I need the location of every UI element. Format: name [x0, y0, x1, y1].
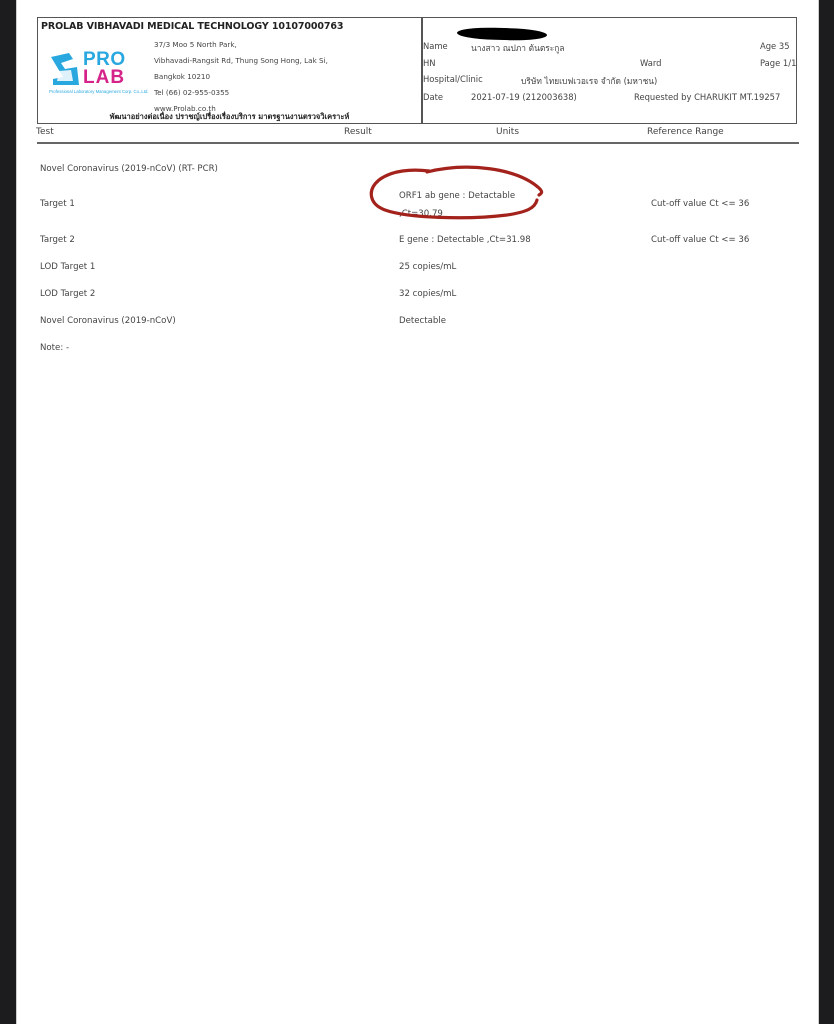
page-number: Page 1/1	[760, 58, 796, 68]
header-rule	[37, 142, 799, 144]
row-reference-target-2: Cut-off value Ct <= 36	[651, 235, 749, 245]
column-reference: Reference Range	[647, 127, 724, 137]
date-label: Date	[423, 92, 443, 102]
prolab-logo: PRO LAB Professional Laboratory Manageme…	[49, 49, 141, 99]
age-value: Age 35	[760, 41, 790, 51]
row-result-lod-1: 25 copies/mL	[399, 262, 456, 272]
ward-label: Ward	[640, 58, 662, 68]
column-result: Result	[344, 127, 372, 137]
lab-address: 37/3 Moo 5 North Park, Vibhavadi-Rangsit…	[154, 37, 328, 117]
row-test-lod-2: LOD Target 2	[40, 289, 95, 299]
section-title: Novel Coronavirus (2019-nCoV) (RT- PCR)	[40, 164, 218, 174]
address-line: Vibhavadi-Rangsit Rd, Thung Song Hong, L…	[154, 53, 328, 69]
row-test-target-2: Target 2	[40, 235, 75, 245]
address-line: Bangkok 10210	[154, 69, 328, 85]
header-divider	[421, 18, 423, 123]
lab-title: PROLAB VIBHAVADI MEDICAL TECHNOLOGY 1010…	[41, 21, 343, 32]
column-test: Test	[36, 127, 54, 137]
report-header: PROLAB VIBHAVADI MEDICAL TECHNOLOGY 1010…	[37, 17, 797, 124]
logo-subtitle: Professional Laboratory Management Corp.…	[49, 89, 149, 94]
hospital-value: บริษัท ไทยเบฟเวอเรจ จำกัด (มหาชน)	[521, 74, 657, 88]
hospital-label: Hospital/Clinic	[423, 74, 483, 84]
report-page: PROLAB VIBHAVADI MEDICAL TECHNOLOGY 1010…	[16, 0, 819, 1024]
row-result-lod-2: 32 copies/mL	[399, 289, 456, 299]
date-value: 2021-07-19 (212003638)	[471, 92, 577, 102]
row-test-target-1: Target 1	[40, 199, 75, 209]
row-test-ncov: Novel Coronavirus (2019-nCoV)	[40, 316, 176, 326]
requested-by: Requested by CHARUKIT MT.19257	[634, 92, 780, 102]
note: Note: -	[40, 343, 69, 353]
hn-label: HN	[423, 58, 436, 68]
column-units: Units	[496, 127, 519, 137]
name-label: Name	[423, 41, 448, 51]
address-line: 37/3 Moo 5 North Park,	[154, 37, 328, 53]
lab-tagline: พัฒนาอย่างต่อเนื่อง ปราชญ์เปรื่องเรื่องบ…	[38, 111, 421, 123]
address-line: Tel (66) 02-955-0355	[154, 85, 328, 101]
annotation-circle	[367, 160, 567, 240]
row-result-ncov: Detectable	[399, 316, 446, 326]
name-value: นางสาว ณปภา ต้นตระกูล	[471, 41, 564, 55]
row-test-lod-1: LOD Target 1	[40, 262, 95, 272]
logo-lab: LAB	[83, 67, 125, 89]
row-reference-target-1: Cut-off value Ct <= 36	[651, 199, 749, 209]
microscope-icon	[49, 51, 81, 87]
